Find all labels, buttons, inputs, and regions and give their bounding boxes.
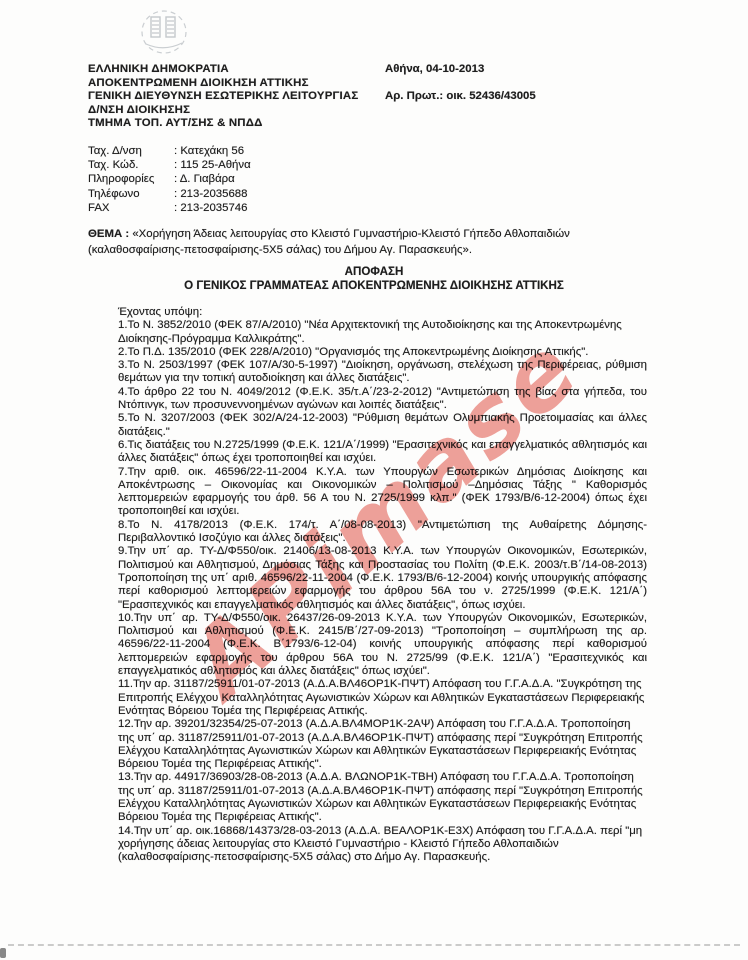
document-body: Έχοντας υπόψη: 1.Το Ν. 3852/2010 (ΦΕΚ 87… [118, 306, 647, 864]
consideration-item: 2.Το Π.Δ. 135/2010 (ΦΕΚ 228/Α/2010) "Οργ… [118, 346, 647, 359]
consideration-item: 14.Την υπ΄ αρ. οικ.16868/14373/28-03-201… [118, 825, 647, 865]
subject-text: «Χορήγηση Άδειας λειτουργίας στο Κλειστό… [88, 228, 570, 256]
consideration-item: 11.Την αρ. 31187/25911/01-07-2013 (Α.Δ.Α… [118, 678, 647, 718]
contact-info-block: Ταχ. Δ/νση : Κατεχάκη 56 Ταχ. Κώδ. : 115… [88, 144, 251, 215]
consideration-item: 3.Το Ν. 2503/1997 (ΦΕΚ 107/Α/30-5-1997) … [118, 359, 647, 386]
contact-label: Πληροφορίες [88, 172, 174, 186]
consideration-item: 4.Το άρθρο 22 του Ν. 4049/2012 (Φ.Ε.Κ. 3… [118, 386, 647, 413]
protocol-number: Αρ. Πρωτ.: οικ. 52436/43005 [385, 90, 536, 104]
date-protocol-block: Αθήνα, 04-10-2013 Αρ. Πρωτ.: οικ. 52436/… [385, 63, 536, 103]
page-bottom-scan-line [8, 944, 740, 946]
decision-title: ΑΠΟΦΑΣΗ [0, 265, 748, 279]
contact-row: FAX : 213-2035746 [88, 201, 251, 215]
contact-row: Πληροφορίες : Δ. Γιαβάρα [88, 172, 251, 186]
authority-line: ΓΕΝΙΚΗ ΔΙΕΥΘΥΝΣΗ ΕΣΩΤΕΡΙΚΗΣ ΛΕΙΤΟΥΡΓΙΑΣ [88, 90, 358, 104]
contact-label: Ταχ. Δ/νση [88, 144, 174, 158]
contact-label: Ταχ. Κώδ. [88, 158, 174, 172]
consideration-item: 8.Το Ν. 4178/2013 (Φ.Ε.Κ. 174/τ. Α΄/08-0… [118, 519, 647, 546]
consideration-item: 9.Την υπ΄ αρ. ΤΥ-Δ/Φ550/οικ. 21406/13-08… [118, 545, 647, 611]
considerations-list: 1.Το Ν. 3852/2010 (ΦΕΚ 87/Α/2010) "Νέα Α… [118, 319, 647, 864]
authority-line: ΑΠΟΚΕΝΤΡΩΜΕΝΗ ΔΙΟΙΚΗΣΗ ΑΤΤΙΚΗΣ [88, 77, 358, 91]
authority-line: ΕΛΛΗΝΙΚΗ ΔΗΜΟΚΡΑΤΙΑ [88, 63, 358, 77]
consideration-item: 6.Τις διατάξεις του Ν.2725/1999 (Φ.Ε.Κ. … [118, 439, 647, 466]
issuing-authority-block: ΕΛΛΗΝΙΚΗ ΔΗΜΟΚΡΑΤΙΑ ΑΠΟΚΕΝΤΡΩΜΕΝΗ ΔΙΟΙΚΗ… [88, 63, 358, 131]
consideration-item: 13.Την αρ. 44917/36903/28-08-2013 (Α.Δ.Α… [118, 771, 647, 824]
contact-value: : Κατεχάκη 56 [174, 144, 244, 158]
consideration-item: 7.Την αριθ. οικ. 46596/22-11-2004 Κ.Υ.Α.… [118, 466, 647, 519]
decision-heading: ΑΠΟΦΑΣΗ Ο ΓΕΝΙΚΟΣ ΓΡΑΜΜΑΤΕΑΣ ΑΠΟΚΕΝΤΡΩΜΕ… [0, 265, 748, 293]
consideration-item: 1.Το Ν. 3852/2010 (ΦΕΚ 87/Α/2010) "Νέα Α… [118, 319, 647, 346]
authority-line: ΤΜΗΜΑ ΤΟΠ. ΑΥΤ/ΣΗΣ & ΝΠΔΔ [88, 117, 358, 131]
decision-subtitle: Ο ΓΕΝΙΚΟΣ ΓΡΑΜΜΑΤΕΑΣ ΑΠΟΚΕΝΤΡΩΜΕΝΗΣ ΔΙΟΙ… [0, 279, 748, 293]
scan-corner-artifact [0, 948, 6, 958]
document-date: Αθήνα, 04-10-2013 [385, 63, 536, 77]
consideration-item: 10.Την υπ΄ αρ. ΤΥ-Δ/Φ550/οικ. 26437/26-0… [118, 612, 647, 678]
contact-value: : 213-2035688 [174, 187, 247, 201]
contact-value: : 213-2035746 [174, 201, 247, 215]
contact-row: Τηλέφωνο : 213-2035688 [88, 187, 251, 201]
contact-label: Τηλέφωνο [88, 187, 174, 201]
consideration-item: 12.Την αρ. 39201/32354/25-07-2013 (Α.Δ.Α… [118, 718, 647, 771]
contact-value: : 115 25-Αθήνα [174, 158, 251, 172]
contact-row: Ταχ. Δ/νση : Κατεχάκη 56 [88, 144, 251, 158]
subject-block: ΘΕΜΑ : «Χορήγηση Άδειας λειτουργίας στο … [88, 227, 654, 258]
scanned-document-page: ΕΛΛΗΝΙΚΗ ΔΗΜΟΚΡΑΤΙΑ ΑΠΟΚΕΝΤΡΩΜΕΝΗ ΔΙΟΙΚΗ… [0, 0, 748, 960]
contact-value: : Δ. Γιαβάρα [174, 172, 235, 186]
considerations-intro: Έχοντας υπόψη: [118, 306, 647, 319]
consideration-item: 5.Το Ν. 3207/2003 (ΦΕΚ 302/Α/24-12-2003)… [118, 412, 647, 439]
subject-label: ΘΕΜΑ : [88, 228, 129, 240]
authority-line: Δ/ΝΣΗ ΔΙΟΙΚΗΣΗΣ [88, 104, 358, 118]
contact-label: FAX [88, 201, 174, 215]
contact-row: Ταχ. Κώδ. : 115 25-Αθήνα [88, 158, 251, 172]
national-emblem-icon [136, 8, 192, 62]
